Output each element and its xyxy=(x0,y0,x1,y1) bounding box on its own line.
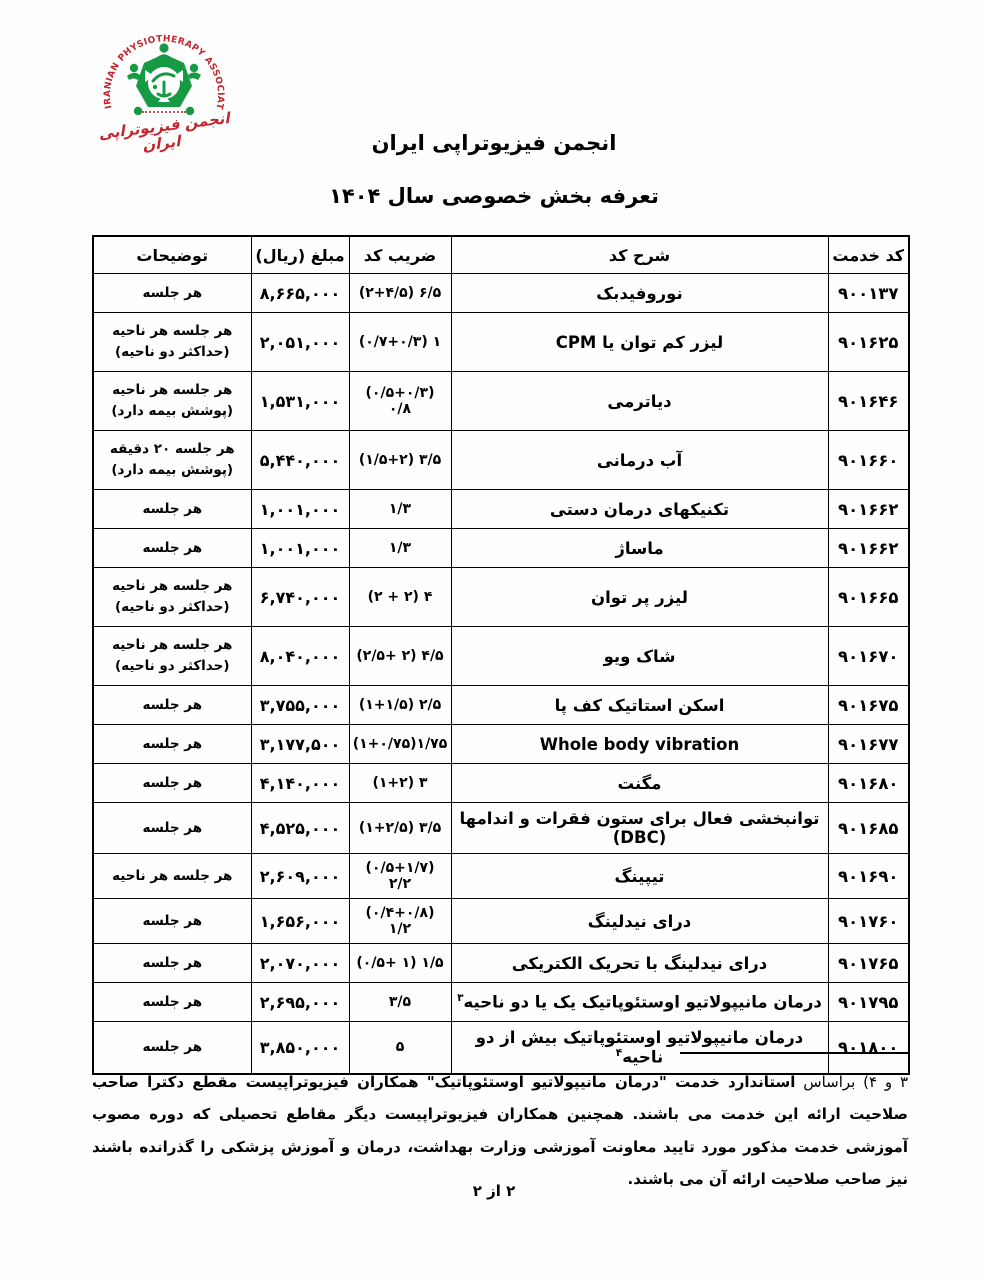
table-row: ۹۰۱۶۷۵اسکن استاتیک کف پا(۱+۱/۵) ۲/۵۳,۷۵۵… xyxy=(93,686,909,725)
table-row: ۹۰۱۶۲۵لیزر کم توان یا CPM(۰/۷+۰/۳) ۱۲,۰۵… xyxy=(93,313,909,372)
coefficient-cell: (۰/۵+۱/۷) ۲/۲ xyxy=(349,854,451,899)
amount-cell: ۸,۶۶۵,۰۰۰ xyxy=(251,274,349,313)
description-cell: درای نیدلینگ xyxy=(451,899,828,944)
amount-cell: ۴,۵۲۵,۰۰۰ xyxy=(251,803,349,854)
amount-cell: ۱,۰۰۱,۰۰۰ xyxy=(251,490,349,529)
notes-cell: هر جلسه xyxy=(93,490,251,529)
coefficient-cell: (۰/۷+۰/۳) ۱ xyxy=(349,313,451,372)
table-row: ۹۰۱۶۶۲ماساژ۱/۳۱,۰۰۱,۰۰۰هر جلسه xyxy=(93,529,909,568)
coefficient-cell: (۰/۴+۰/۸) ۱/۲ xyxy=(349,899,451,944)
notes-cell: هر جلسه xyxy=(93,764,251,803)
description-cell: لیزر کم توان یا CPM xyxy=(451,313,828,372)
table-row: ۹۰۱۷۶۵درای نیدلینگ با تحریک الکتریکی(۰/۵… xyxy=(93,944,909,983)
service-code-cell: ۹۰۱۶۸۰ xyxy=(828,764,909,803)
notes-cell: هر جلسه xyxy=(93,529,251,568)
service-code-cell: ۹۰۱۷۶۰ xyxy=(828,899,909,944)
notes-cell: هر جلسه هر ناحیه(پوشش بیمه دارد) xyxy=(93,372,251,431)
service-code-cell: ۹۰۱۶۶۵ xyxy=(828,568,909,627)
description-cell: تیپینگ xyxy=(451,854,828,899)
notes-cell: هر جلسه xyxy=(93,899,251,944)
coefficient-cell: ۱/۳ xyxy=(349,529,451,568)
notes-cell: هر جلسه هر ناحیه(حداکثر دو ناحیه) xyxy=(93,313,251,372)
table-row: ۹۰۱۶۶۲تکنیکهای درمان دستی۱/۳۱,۰۰۱,۰۰۰هر … xyxy=(93,490,909,529)
coefficient-cell: (۰/۵+۰/۳) ۰/۸ xyxy=(349,372,451,431)
amount-cell: ۴,۱۴۰,۰۰۰ xyxy=(251,764,349,803)
description-cell: لیزر پر توان xyxy=(451,568,828,627)
table-row: ۹۰۱۷۹۵درمان مانیپولاتیو اوستئوپاتیک یک ی… xyxy=(93,983,909,1022)
footnote-separator xyxy=(680,1052,908,1054)
page-title: انجمن فیزیوتراپی ایران xyxy=(0,131,988,155)
service-code-cell: ۹۰۱۶۷۰ xyxy=(828,627,909,686)
table-row: ۹۰۱۶۹۰تیپینگ(۰/۵+۱/۷) ۲/۲۲,۶۰۹,۰۰۰هر جلس… xyxy=(93,854,909,899)
notes-cell: هر جلسه xyxy=(93,274,251,313)
document-page: IRANIAN PHYSIOTHERAPY ASSOCIATION xyxy=(0,0,988,1280)
service-code-cell: ۹۰۱۶۶۰ xyxy=(828,431,909,490)
amount-cell: ۱,۰۰۱,۰۰۰ xyxy=(251,529,349,568)
tariff-table: کد خدمت شرح کد ضریب کد مبلغ (ریال) توضیح… xyxy=(92,235,910,1075)
description-cell: دیاترمی xyxy=(451,372,828,431)
service-code-cell: ۹۰۰۱۳۷ xyxy=(828,274,909,313)
service-code-cell: ۹۰۱۷۹۵ xyxy=(828,983,909,1022)
column-header-notes: توضیحات xyxy=(93,236,251,274)
service-code-cell: ۹۰۱۶۹۰ xyxy=(828,854,909,899)
amount-cell: ۸,۰۴۰,۰۰۰ xyxy=(251,627,349,686)
footnote-body: استاندارد خدمت "درمان مانیپولاتیو اوستئو… xyxy=(92,1073,908,1188)
table-row: ۹۰۱۶۶۵لیزر پر توان(۲ + ۲) ۴۶,۷۴۰,۰۰۰هر ج… xyxy=(93,568,909,627)
table-row: ۹۰۱۶۷۰شاک ویو(۲/۵+ ۲) ۴/۵۸,۰۴۰,۰۰۰هر جلس… xyxy=(93,627,909,686)
table-row: ۹۰۱۶۸۵توانبخشی فعال برای ستون فقرات و ان… xyxy=(93,803,909,854)
amount-cell: ۶,۷۴۰,۰۰۰ xyxy=(251,568,349,627)
notes-cell: هر جلسه xyxy=(93,983,251,1022)
notes-cell: هر جلسه xyxy=(93,944,251,983)
logo-date-mark xyxy=(142,111,186,113)
page-number: ۲ از ۲ xyxy=(0,1182,988,1200)
coefficient-cell: (۱+۲) ۳ xyxy=(349,764,451,803)
column-header-amount: مبلغ (ریال) xyxy=(251,236,349,274)
amount-cell: ۲,۰۷۰,۰۰۰ xyxy=(251,944,349,983)
table-row: ۹۰۱۶۴۶دیاترمی(۰/۵+۰/۳) ۰/۸۱,۵۳۱,۰۰۰هر جل… xyxy=(93,372,909,431)
column-header-coefficient: ضریب کد xyxy=(349,236,451,274)
coefficient-cell: (۲ + ۲) ۴ xyxy=(349,568,451,627)
service-code-cell: ۹۰۱۶۶۲ xyxy=(828,490,909,529)
notes-cell: هر جلسه هر ناحیه(حداکثر دو ناحیه) xyxy=(93,627,251,686)
tariff-table-wrapper: کد خدمت شرح کد ضریب کد مبلغ (ریال) توضیح… xyxy=(92,235,908,1075)
description-cell: آب درمانی xyxy=(451,431,828,490)
amount-cell: ۳,۷۵۵,۰۰۰ xyxy=(251,686,349,725)
description-cell: درای نیدلینگ با تحریک الکتریکی xyxy=(451,944,828,983)
footnote: ۳ و ۴) براساس استاندارد خدمت "درمان مانی… xyxy=(92,1066,908,1195)
description-cell: شاک ویو xyxy=(451,627,828,686)
amount-cell: ۲,۶۰۹,۰۰۰ xyxy=(251,854,349,899)
table-row: ۹۰۱۶۷۷Whole body vibration(۱+۰/۷۵)۱/۷۵۳,… xyxy=(93,725,909,764)
amount-cell: ۱,۶۵۶,۰۰۰ xyxy=(251,899,349,944)
coefficient-cell: (۲/۵+ ۲) ۴/۵ xyxy=(349,627,451,686)
service-code-cell: ۹۰۱۶۷۵ xyxy=(828,686,909,725)
description-cell: Whole body vibration xyxy=(451,725,828,764)
notes-cell: هر جلسه xyxy=(93,686,251,725)
coefficient-cell: (۱/۵+۲) ۳/۵ xyxy=(349,431,451,490)
notes-cell: هر جلسه ۲۰ دقیقه(پوشش بیمه دارد) xyxy=(93,431,251,490)
description-cell: تکنیکهای درمان دستی xyxy=(451,490,828,529)
coefficient-cell: ۱/۳ xyxy=(349,490,451,529)
description-cell: نوروفیدبک xyxy=(451,274,828,313)
amount-cell: ۳,۱۷۷,۵۰۰ xyxy=(251,725,349,764)
amount-cell: ۵,۴۴۰,۰۰۰ xyxy=(251,431,349,490)
notes-cell: هر جلسه هر ناحیه xyxy=(93,854,251,899)
coefficient-cell: (۱+۲/۵) ۳/۵ xyxy=(349,803,451,854)
notes-cell: هر جلسه xyxy=(93,725,251,764)
service-code-cell: ۹۰۱۶۶۲ xyxy=(828,529,909,568)
footnote-prefix: ۳ و ۴) براساس xyxy=(795,1073,908,1091)
table-row: ۹۰۱۷۶۰درای نیدلینگ(۰/۴+۰/۸) ۱/۲۱,۶۵۶,۰۰۰… xyxy=(93,899,909,944)
coefficient-cell: (۲+۴/۵) ۶/۵ xyxy=(349,274,451,313)
table-row: ۹۰۰۱۳۷نوروفیدبک(۲+۴/۵) ۶/۵۸,۶۶۵,۰۰۰هر جل… xyxy=(93,274,909,313)
description-cell: مگنت xyxy=(451,764,828,803)
description-cell: درمان مانیپولاتیو اوستئوپاتیک یک یا دو ن… xyxy=(451,983,828,1022)
table-row: ۹۰۱۶۶۰آب درمانی(۱/۵+۲) ۳/۵۵,۴۴۰,۰۰۰هر جل… xyxy=(93,431,909,490)
amount-cell: ۲,۰۵۱,۰۰۰ xyxy=(251,313,349,372)
description-cell: اسکن استاتیک کف پا xyxy=(451,686,828,725)
coefficient-cell: (۱+۱/۵) ۲/۵ xyxy=(349,686,451,725)
amount-cell: ۲,۶۹۵,۰۰۰ xyxy=(251,983,349,1022)
column-header-description: شرح کد xyxy=(451,236,828,274)
coefficient-cell: (۱+۰/۷۵)۱/۷۵ xyxy=(349,725,451,764)
service-code-cell: ۹۰۱۶۷۷ xyxy=(828,725,909,764)
column-header-service-code: کد خدمت xyxy=(828,236,909,274)
description-cell: توانبخشی فعال برای ستون فقرات و اندامها … xyxy=(451,803,828,854)
service-code-cell: ۹۰۱۷۶۵ xyxy=(828,944,909,983)
coefficient-cell: (۰/۵+ ۱) ۱/۵ xyxy=(349,944,451,983)
service-code-cell: ۹۰۱۶۸۵ xyxy=(828,803,909,854)
coefficient-cell: ۳/۵ xyxy=(349,983,451,1022)
notes-cell: هر جلسه هر ناحیه(حداکثر دو ناحیه) xyxy=(93,568,251,627)
table-row: ۹۰۱۶۸۰مگنت(۱+۲) ۳۴,۱۴۰,۰۰۰هر جلسه xyxy=(93,764,909,803)
table-header-row: کد خدمت شرح کد ضریب کد مبلغ (ریال) توضیح… xyxy=(93,236,909,274)
description-cell: ماساژ xyxy=(451,529,828,568)
amount-cell: ۱,۵۳۱,۰۰۰ xyxy=(251,372,349,431)
service-code-cell: ۹۰۱۶۴۶ xyxy=(828,372,909,431)
notes-cell: هر جلسه xyxy=(93,803,251,854)
page-subtitle: تعرفه بخش خصوصی سال ۱۴۰۴ xyxy=(0,184,988,208)
tariff-table-body: ۹۰۰۱۳۷نوروفیدبک(۲+۴/۵) ۶/۵۸,۶۶۵,۰۰۰هر جل… xyxy=(93,274,909,1074)
service-code-cell: ۹۰۱۶۲۵ xyxy=(828,313,909,372)
